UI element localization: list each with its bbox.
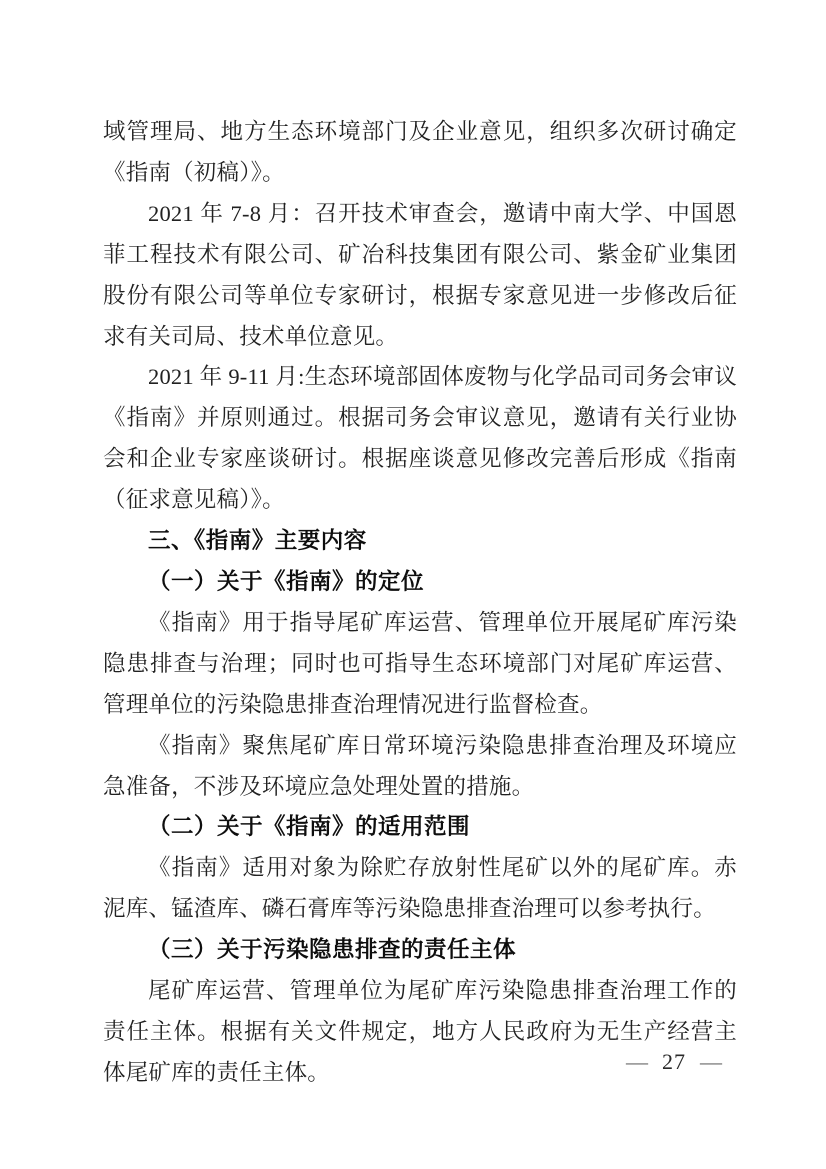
paragraph: 《指南》适用对象为除贮存放射性尾矿以外的尾矿库。赤泥库、锰渣库、磷石膏库等污染隐… xyxy=(103,848,737,930)
paragraph: 《指南》用于指导尾矿库运营、管理单位开展尾矿库污染隐患排查与治理；同时也可指导生… xyxy=(103,603,737,726)
paragraph: 2021 年 9-11 月:生态环境部固体废物与化学品司司务会审议《指南》并原则… xyxy=(103,357,737,521)
page-number-left-dash: — xyxy=(626,1049,648,1075)
paragraph: 《指南》聚焦尾矿库日常环境污染隐患排查治理及环境应急准备，不涉及环境应急处理处置… xyxy=(103,726,737,808)
paragraph: 尾矿库运营、管理单位为尾矿库污染隐患排查治理工作的责任主体。根据有关文件规定，地… xyxy=(103,971,737,1094)
page-body-text: 域管理局、地方生态环境部门及企业意见，组织多次研讨确定《指南（初稿）》。 202… xyxy=(103,112,737,1094)
subsection-heading-1: （一）关于《指南》的定位 xyxy=(103,562,737,603)
page-number-right-dash: — xyxy=(700,1049,722,1075)
paragraph: 2021 年 7-8 月：召开技术审查会，邀请中南大学、中国恩菲工程技术有限公司… xyxy=(103,194,737,358)
page-number-value: 27 xyxy=(662,1049,686,1075)
paragraph-continuation: 域管理局、地方生态环境部门及企业意见，组织多次研讨确定《指南（初稿）》。 xyxy=(103,112,737,194)
subsection-heading-3: （三）关于污染隐患排查的责任主体 xyxy=(103,930,737,971)
page-number: — 27 — xyxy=(626,1049,722,1075)
subsection-heading-2: （二）关于《指南》的适用范围 xyxy=(103,807,737,848)
section-heading: 三、《指南》主要内容 xyxy=(103,521,737,562)
document-page: 域管理局、地方生态环境部门及企业意见，组织多次研讨确定《指南（初稿）》。 202… xyxy=(0,0,826,1169)
